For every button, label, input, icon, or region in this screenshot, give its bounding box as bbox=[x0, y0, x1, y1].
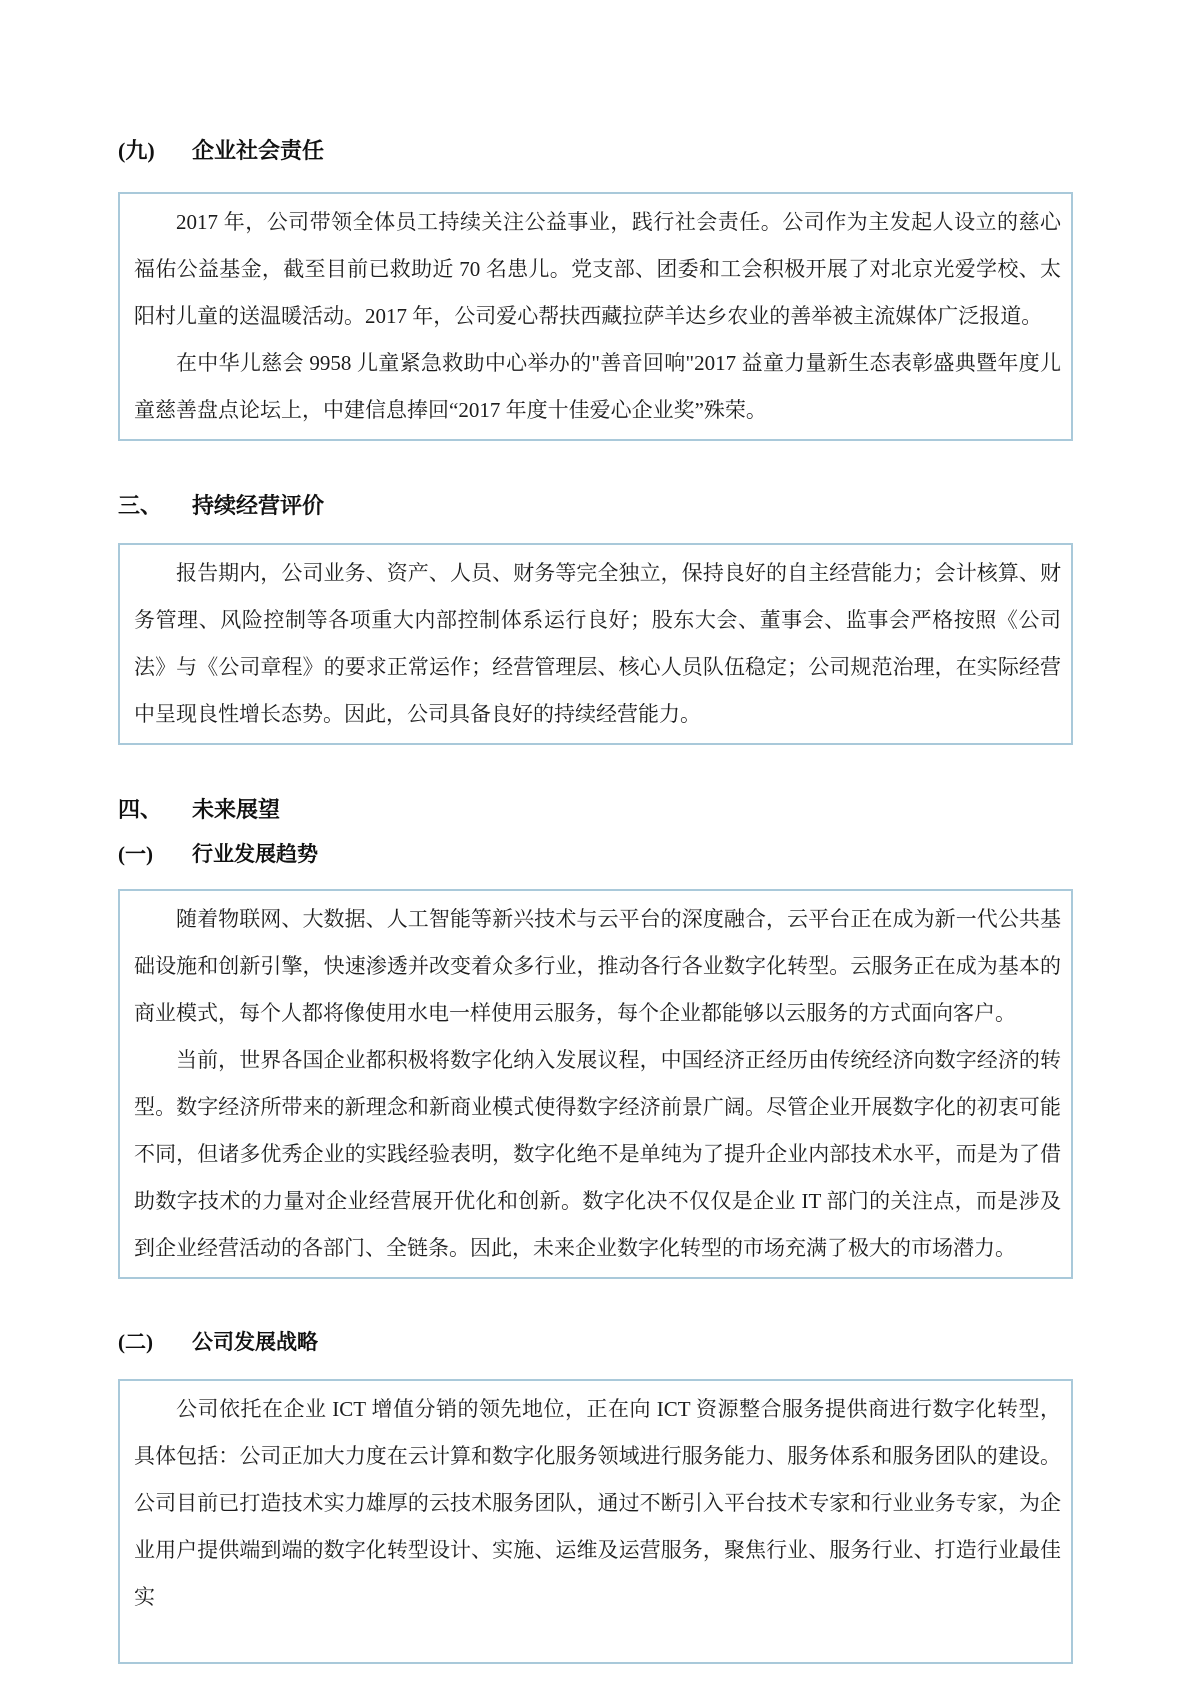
section-number: (九) bbox=[118, 136, 192, 166]
textbox-industry-trends: 随着物联网、大数据、人工智能等新兴技术与云平台的深度融合，云平台正在成为新一代公… bbox=[118, 889, 1073, 1279]
section-number: 四、 bbox=[118, 795, 192, 825]
subsection-heading-company-strategy: (二)公司发展战略 bbox=[118, 1329, 1073, 1355]
paragraph-csr-2: 在中华儿慈会 9958 儿童紧急救助中心举办的"善音回响"2017 益童力量新生… bbox=[134, 340, 1061, 434]
section-title: 未来展望 bbox=[192, 797, 280, 822]
subsection-number: (二) bbox=[118, 1329, 192, 1355]
subsection-title: 行业发展趋势 bbox=[192, 842, 318, 866]
textbox-going-concern: 报告期内，公司业务、资产、人员、财务等完全独立，保持良好的自主经营能力；会计核算… bbox=[118, 543, 1073, 745]
paragraph-trends-1: 随着物联网、大数据、人工智能等新兴技术与云平台的深度融合，云平台正在成为新一代公… bbox=[134, 896, 1061, 1037]
paragraph-going-concern: 报告期内，公司业务、资产、人员、财务等完全独立，保持良好的自主经营能力；会计核算… bbox=[134, 550, 1061, 738]
textbox-social-responsibility: 2017 年，公司带领全体员工持续关注公益事业，践行社会责任。公司作为主发起人设… bbox=[118, 192, 1073, 441]
paragraph-strategy: 公司依托在企业 ICT 增值分销的领先地位，正在向 ICT 资源整合服务提供商进… bbox=[134, 1386, 1061, 1621]
paragraph-csr-1: 2017 年，公司带领全体员工持续关注公益事业，践行社会责任。公司作为主发起人设… bbox=[134, 199, 1061, 340]
section-heading-going-concern: 三、持续经营评价 bbox=[118, 491, 1073, 521]
textbox-company-strategy: 公司依托在企业 ICT 增值分销的领先地位，正在向 ICT 资源整合服务提供商进… bbox=[118, 1379, 1073, 1664]
section-number: 三、 bbox=[118, 491, 192, 521]
section-heading-social-responsibility: (九)企业社会责任 bbox=[118, 136, 1073, 166]
subsection-heading-industry-trends: (一)行业发展趋势 bbox=[118, 841, 1073, 867]
section-title: 持续经营评价 bbox=[192, 493, 324, 518]
subsection-number: (一) bbox=[118, 841, 192, 867]
subsection-title: 公司发展战略 bbox=[192, 1330, 318, 1354]
section-title: 企业社会责任 bbox=[192, 138, 324, 163]
report-page: (九)企业社会责任 2017 年，公司带领全体员工持续关注公益事业，践行社会责任… bbox=[0, 0, 1200, 1697]
paragraph-trends-2: 当前，世界各国企业都积极将数字化纳入发展议程，中国经济正经历由传统经济向数字经济… bbox=[134, 1037, 1061, 1272]
section-heading-future-outlook: 四、未来展望 bbox=[118, 795, 1073, 825]
